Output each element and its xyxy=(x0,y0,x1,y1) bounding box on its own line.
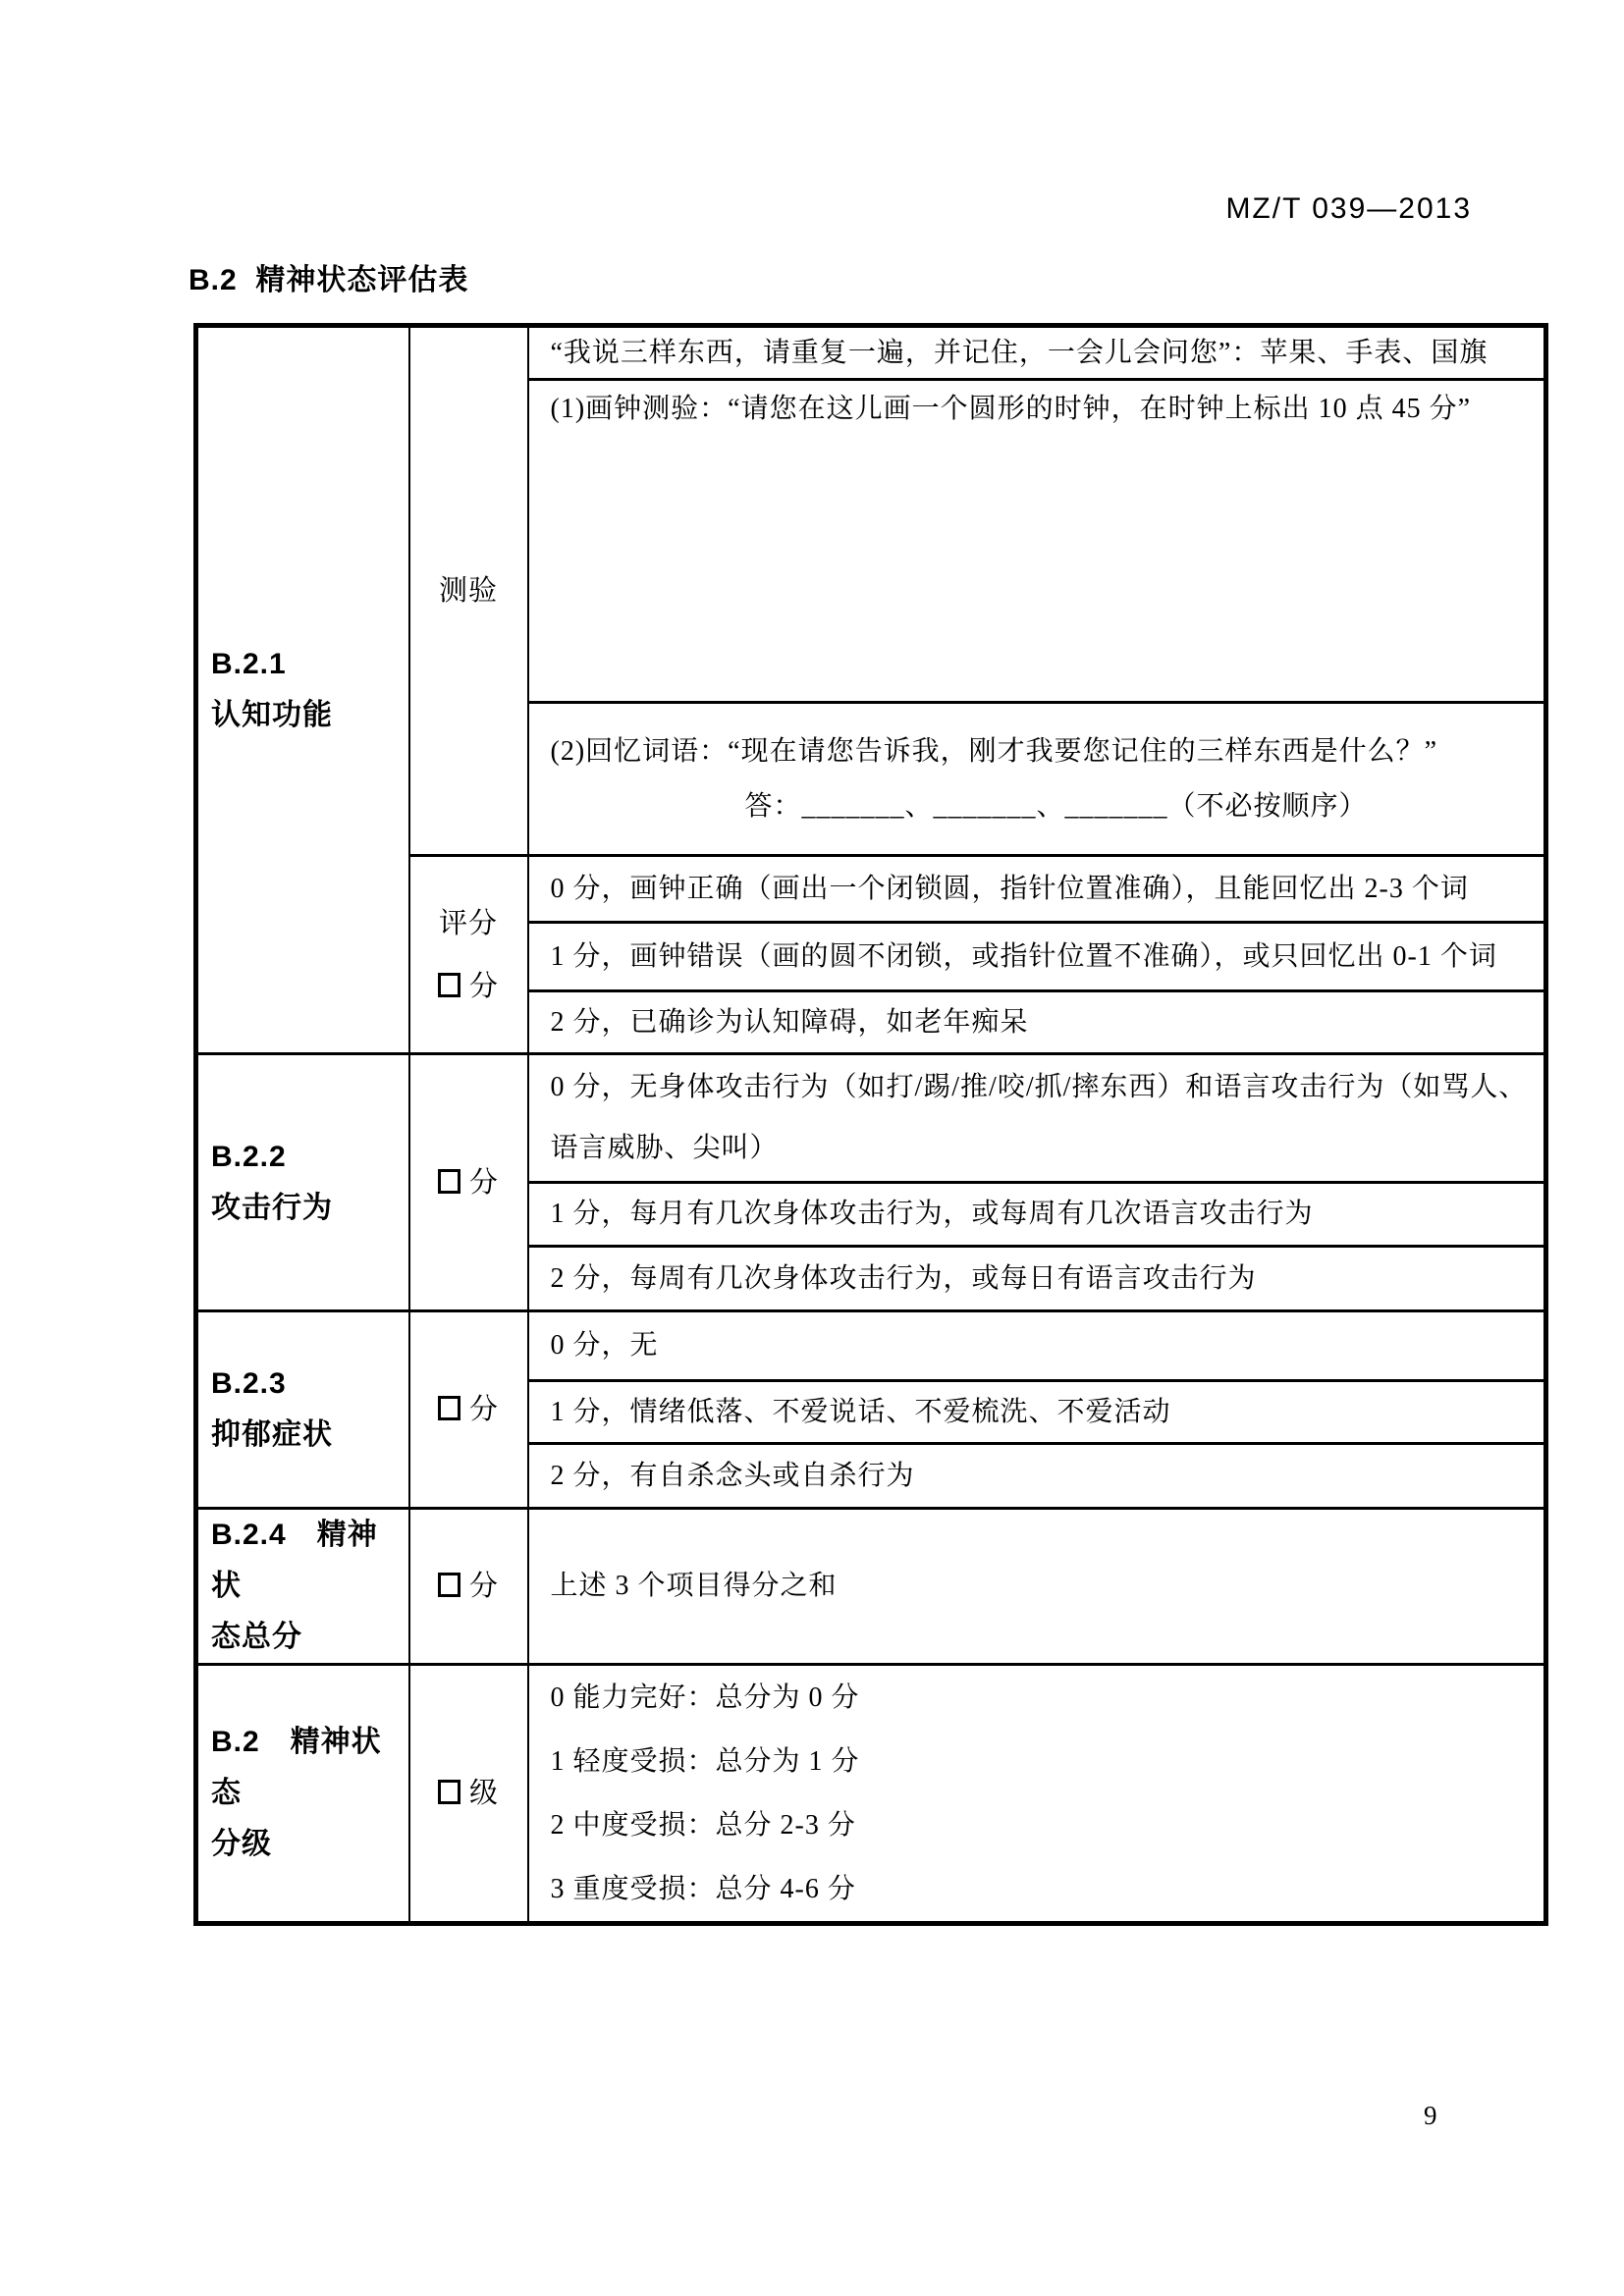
score-checkbox[interactable] xyxy=(438,1573,460,1597)
row-label-line: B.2.3 xyxy=(211,1359,403,1410)
grade-option-1: 1 轻度受损：总分为 1 分 xyxy=(551,1730,1529,1793)
score-unit: 分 xyxy=(469,1571,499,1602)
grade-option-0: 0 能力完好：总分为 0 分 xyxy=(551,1666,1529,1730)
recall-answer-blanks[interactable]: 答：_______、_______、_______（不必按顺序） xyxy=(551,779,1529,834)
row-label-line: B.2.4 精神状 xyxy=(211,1510,403,1612)
recall-question: (2)回忆词语：“现在请您告诉我，刚才我要您记住的三样东西是什么？” xyxy=(551,724,1529,779)
grade-unit: 级 xyxy=(469,1778,499,1809)
grade-entry: 级 xyxy=(414,1762,523,1825)
score-unit: 分 xyxy=(469,1167,499,1199)
b23-score-cell: 分 xyxy=(409,1311,528,1509)
score-unit: 分 xyxy=(469,1394,499,1425)
table-row: B.2 精神状态 分级 级 0 能力完好：总分为 0 分 1 轻度受损：总分为 … xyxy=(196,1665,1546,1924)
b21-test-label: 测验 xyxy=(409,326,528,856)
cell-b21-score2: 2 分，已确诊为认知障碍，如老年痴呆 xyxy=(528,991,1546,1054)
cell-b21-clock-test: (1)画钟测验：“请您在这儿画一个圆形的时钟，在时钟上标出 10 点 45 分” xyxy=(528,380,1546,703)
score-unit: 分 xyxy=(469,971,499,1002)
b24-score-cell: 分 xyxy=(409,1509,528,1665)
row-label-b21: B.2.1 认知功能 xyxy=(196,326,409,1054)
row-label-line: B.2.2 xyxy=(211,1132,403,1183)
cell-b24-sum: 上述 3 个项目得分之和 xyxy=(528,1509,1546,1665)
row-label-line: 认知功能 xyxy=(211,690,403,741)
score-entry: 分 xyxy=(414,1555,523,1618)
cell-b22-score0: 0 分，无身体攻击行为（如打/踢/推/咬/抓/摔东西）和语言攻击行为（如骂人、语… xyxy=(528,1054,1546,1183)
row-label-line: 抑郁症状 xyxy=(211,1410,403,1461)
cell-b22-score2: 2 分，每周有几次身体攻击行为，或每日有语言攻击行为 xyxy=(528,1247,1546,1311)
assessment-table: B.2.1 认知功能 测验 “我说三样东西，请重复一遍，并记住，一会儿会问您”：… xyxy=(193,323,1548,1926)
cell-grade-options: 0 能力完好：总分为 0 分 1 轻度受损：总分为 1 分 2 中度受损：总分 … xyxy=(528,1665,1546,1924)
document-page: MZ/T 039—2013 B.2 精神状态评估表 B.2.1 认知功能 测验 … xyxy=(0,0,1624,2296)
table-row: B.2.2 攻击行为 分 0 分，无身体攻击行为（如打/踢/推/咬/抓/摔东西）… xyxy=(196,1054,1546,1183)
cell-b23-score2: 2 分，有自杀念头或自杀行为 xyxy=(528,1444,1546,1509)
row-label-b2-grade: B.2 精神状态 分级 xyxy=(196,1665,409,1924)
row-label-line: B.2.1 xyxy=(211,639,403,690)
cell-b21-recall: (2)回忆词语：“现在请您告诉我，刚才我要您记住的三样东西是什么？” 答：___… xyxy=(528,703,1546,856)
grade-option-3: 3 重度受损：总分 4-6 分 xyxy=(551,1857,1529,1921)
row-label-line: 攻击行为 xyxy=(211,1183,403,1234)
page-number: 9 xyxy=(1424,2101,1437,2131)
cell-b21-score1: 1 分，画钟错误（画的圆不闭锁，或指针位置不准确），或只回忆出 0-1 个词 xyxy=(528,923,1546,991)
grade-option-2: 2 中度受损：总分 2-3 分 xyxy=(551,1793,1529,1857)
row-label-b24: B.2.4 精神状 态总分 xyxy=(196,1509,409,1665)
cell-b21-score0: 0 分，画钟正确（画出一个闭锁圆，指针位置准确），且能回忆出 2-3 个词 xyxy=(528,856,1546,923)
cell-b23-score1: 1 分，情绪低落、不爱说话、不爱梳洗、不爱活动 xyxy=(528,1381,1546,1444)
score-checkbox[interactable] xyxy=(438,1396,460,1420)
test-label: 测验 xyxy=(414,560,523,622)
score-checkbox[interactable] xyxy=(438,973,460,997)
section-title: B.2 精神状态评估表 xyxy=(189,255,468,298)
score-checkbox[interactable] xyxy=(438,1169,460,1194)
score-entry: 分 xyxy=(414,1151,523,1214)
row-label-line: 态总分 xyxy=(211,1612,403,1663)
b21-score-cell: 评分 分 xyxy=(409,856,528,1054)
cell-b22-score1: 1 分，每月有几次身体攻击行为，或每周有几次语言攻击行为 xyxy=(528,1183,1546,1247)
cell-b21-repeat-instruction: “我说三样东西，请重复一遍，并记住，一会儿会问您”：苹果、手表、国旗 xyxy=(528,326,1546,380)
table-row: B.2.3 抑郁症状 分 0 分，无 xyxy=(196,1311,1546,1381)
standard-number: MZ/T 039—2013 xyxy=(1225,192,1472,226)
table-row: B.2.4 精神状 态总分 分 上述 3 个项目得分之和 xyxy=(196,1509,1546,1665)
row-label-b23: B.2.3 抑郁症状 xyxy=(196,1311,409,1509)
row-label-line: 分级 xyxy=(211,1819,403,1870)
row-label-b22: B.2.2 攻击行为 xyxy=(196,1054,409,1311)
score-entry: 分 xyxy=(414,955,523,1018)
score-label: 评分 xyxy=(414,892,523,955)
score-entry: 分 xyxy=(414,1378,523,1441)
row-label-line: B.2 精神状态 xyxy=(211,1717,403,1819)
table-row: B.2.1 认知功能 测验 “我说三样东西，请重复一遍，并记住，一会儿会问您”：… xyxy=(196,326,1546,380)
grade-checkbox[interactable] xyxy=(438,1780,460,1804)
cell-b23-score0: 0 分，无 xyxy=(528,1311,1546,1381)
b22-score-cell: 分 xyxy=(409,1054,528,1311)
grade-cell: 级 xyxy=(409,1665,528,1924)
